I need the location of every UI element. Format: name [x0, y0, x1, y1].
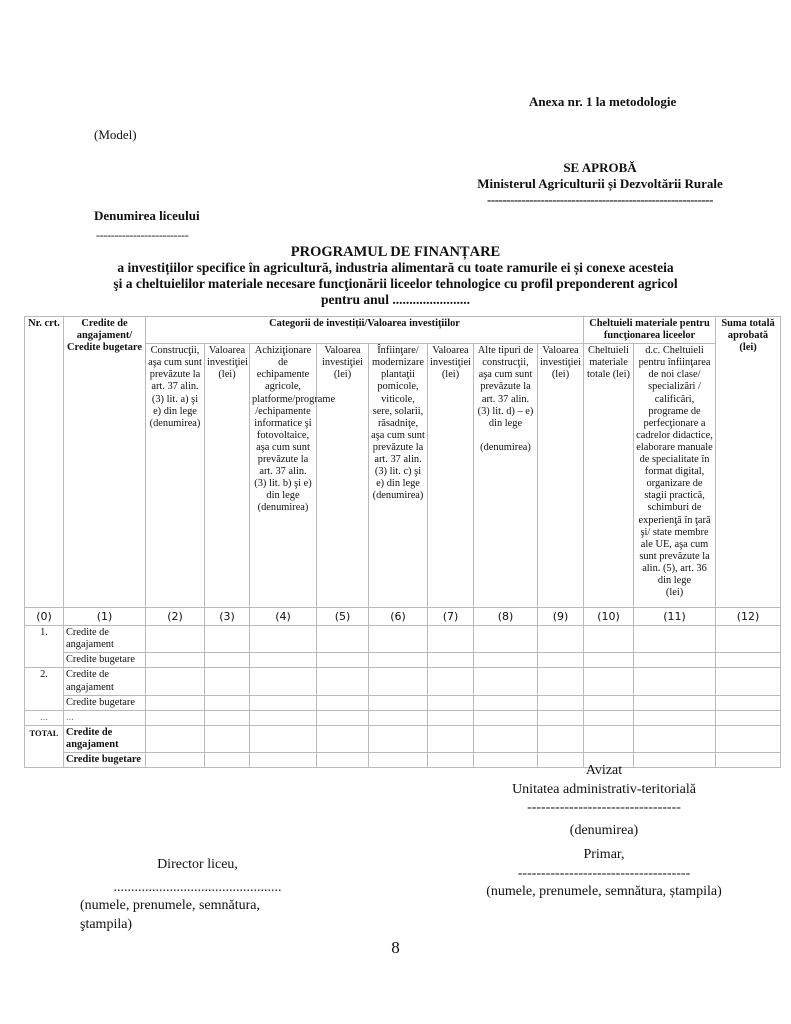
- title-line-3: şi a cheltuielilor materiale necesare fu…: [0, 276, 791, 292]
- row-number: 2.: [25, 668, 64, 710]
- header-cheltuieli-totale: Cheltuieli materiale totale (lei): [584, 344, 634, 608]
- value-cell[interactable]: [474, 725, 538, 752]
- value-cell[interactable]: [634, 653, 716, 668]
- value-cell[interactable]: [369, 695, 428, 710]
- column-number: (9): [538, 608, 584, 626]
- lyceum-name-line: -------------------------: [96, 228, 188, 243]
- value-cell[interactable]: [474, 653, 538, 668]
- value-cell[interactable]: [428, 668, 474, 695]
- column-number: (5): [317, 608, 369, 626]
- value-cell[interactable]: [205, 710, 250, 725]
- header-row-1: Nr. crt. Credite de angajament/ Credite …: [25, 317, 781, 344]
- header-alte-constructii: Alte tipuri de construcţii, aşa cum sunt…: [474, 344, 538, 608]
- director-signature-caption: (numele, prenumele, semnătura, ştampila): [80, 897, 310, 934]
- ellipsis-cell: ...: [64, 710, 146, 725]
- header-achizitionare: Achiziţionare de echipamente agricole, p…: [250, 344, 317, 608]
- uat-label: Unitatea administrativ-teritorială: [458, 781, 750, 800]
- approval-uat-block: Avizat Unitatea administrativ-teritorial…: [458, 762, 750, 902]
- table-row: 1.Credite de angajament: [25, 626, 781, 653]
- value-cell[interactable]: [428, 653, 474, 668]
- director-signature-line: ........................................…: [80, 879, 315, 898]
- value-cell[interactable]: [250, 753, 317, 768]
- column-number: (1): [64, 608, 146, 626]
- header-valoare-2: Valoarea investiţiei (lei): [317, 344, 369, 608]
- column-number: (3): [205, 608, 250, 626]
- value-cell[interactable]: [584, 710, 634, 725]
- column-number: (10): [584, 608, 634, 626]
- value-cell[interactable]: [584, 725, 634, 752]
- header-credite: Credite de angajament/ Credite bugetare: [64, 317, 146, 608]
- value-cell[interactable]: [428, 725, 474, 752]
- value-cell[interactable]: [369, 725, 428, 752]
- credite-angajament-label: Credite de angajament: [64, 725, 146, 752]
- column-number: (2): [146, 608, 205, 626]
- value-cell[interactable]: [205, 753, 250, 768]
- value-cell[interactable]: [634, 710, 716, 725]
- column-number: (7): [428, 608, 474, 626]
- value-cell[interactable]: [250, 626, 317, 653]
- page-number: 8: [0, 938, 791, 958]
- financing-table: Nr. crt. Credite de angajament/ Credite …: [24, 316, 781, 768]
- table-row: Credite bugetare: [25, 695, 781, 710]
- value-cell[interactable]: [317, 626, 369, 653]
- value-cell[interactable]: [250, 653, 317, 668]
- value-cell[interactable]: [634, 668, 716, 695]
- header-categorii: Categorii de investiții/Valoarea investi…: [146, 317, 584, 344]
- value-cell[interactable]: [716, 653, 781, 668]
- lyceum-name-label: Denumirea liceului: [94, 208, 200, 224]
- column-number: (4): [250, 608, 317, 626]
- header-nr: Nr. crt.: [25, 317, 64, 608]
- column-number: (11): [634, 608, 716, 626]
- column-number-row: (0)(1)(2)(3)(4)(5)(6)(7)(8)(9)(10)(11)(1…: [25, 608, 781, 626]
- value-cell[interactable]: [146, 710, 205, 725]
- approval-signature-line: ----------------------------------------…: [440, 192, 760, 208]
- header-constructii: Construcţii, aşa cum sunt prevăzute la a…: [146, 344, 205, 608]
- value-cell[interactable]: [317, 653, 369, 668]
- value-cell[interactable]: [584, 653, 634, 668]
- value-cell[interactable]: [317, 753, 369, 768]
- approval-title: SE APROBĂ: [440, 160, 760, 176]
- value-cell[interactable]: [146, 653, 205, 668]
- value-cell[interactable]: [369, 626, 428, 653]
- annex-label: Anexa nr. 1 la metodologie: [529, 94, 676, 110]
- value-cell[interactable]: [538, 668, 584, 695]
- credite-angajament-label: Credite de angajament: [64, 668, 146, 695]
- row-number: 1.: [25, 626, 64, 668]
- value-cell[interactable]: [250, 710, 317, 725]
- value-cell[interactable]: [317, 710, 369, 725]
- model-label: (Model): [94, 127, 137, 143]
- title-line-1: PROGRAMUL DE FINANȚARE: [0, 244, 791, 260]
- director-block: Director liceu, ........................…: [80, 856, 315, 934]
- value-cell[interactable]: [538, 695, 584, 710]
- credite-bugetare-label: Credite bugetare: [64, 753, 146, 768]
- value-cell[interactable]: [538, 653, 584, 668]
- value-cell[interactable]: [205, 668, 250, 695]
- header-valoare-1: Valoarea investiţiei (lei): [205, 344, 250, 608]
- header-infiintare: Înfiinţare/ modernizare plantaţii pomico…: [369, 344, 428, 608]
- primar-label: Primar,: [458, 846, 750, 865]
- value-cell[interactable]: [146, 695, 205, 710]
- header-cheltuieli: Cheltuieli materiale pentru funcţionarea…: [584, 317, 716, 344]
- value-cell[interactable]: [716, 695, 781, 710]
- value-cell[interactable]: [369, 753, 428, 768]
- value-cell[interactable]: [716, 725, 781, 752]
- table-row-ellipsis: ......: [25, 710, 781, 725]
- value-cell[interactable]: [474, 695, 538, 710]
- value-cell[interactable]: [369, 653, 428, 668]
- director-label: Director liceu,: [80, 856, 315, 875]
- approval-ministry: Ministerul Agriculturii și Dezvoltării R…: [440, 176, 760, 192]
- value-cell[interactable]: [205, 695, 250, 710]
- header-valoare-4: Valoarea investiţiei (lei): [538, 344, 584, 608]
- header-cheltuieli-dc: d.c. Cheltuieli pentru înfiinţarea de no…: [634, 344, 716, 608]
- value-cell[interactable]: [205, 653, 250, 668]
- value-cell[interactable]: [716, 710, 781, 725]
- value-cell[interactable]: [250, 725, 317, 752]
- ellipsis-cell: ...: [25, 710, 64, 725]
- value-cell[interactable]: [716, 668, 781, 695]
- value-cell[interactable]: [317, 668, 369, 695]
- value-cell[interactable]: [634, 695, 716, 710]
- table-row: 2.Credite de angajament: [25, 668, 781, 695]
- value-cell[interactable]: [634, 725, 716, 752]
- header-suma: Suma totală aprobată (lei): [716, 317, 781, 608]
- value-cell[interactable]: [584, 695, 634, 710]
- value-cell[interactable]: [146, 668, 205, 695]
- value-cell[interactable]: [538, 725, 584, 752]
- uat-denumirea: (denumirea): [458, 822, 750, 841]
- document-title: PROGRAMUL DE FINANȚARE a investițiilor s…: [0, 244, 791, 308]
- value-cell[interactable]: [205, 626, 250, 653]
- title-line-2: a investițiilor specifice în agricultură…: [0, 260, 791, 276]
- value-cell[interactable]: [538, 710, 584, 725]
- column-number: (0): [25, 608, 64, 626]
- value-cell[interactable]: [250, 668, 317, 695]
- value-cell[interactable]: [428, 695, 474, 710]
- primar-signature-line: -------------------------------------: [458, 865, 750, 884]
- primar-signature-caption: (numele, prenumele, semnătura, ștampila): [458, 883, 750, 902]
- value-cell[interactable]: [317, 725, 369, 752]
- value-cell[interactable]: [146, 725, 205, 752]
- value-cell[interactable]: [584, 626, 634, 653]
- value-cell[interactable]: [250, 695, 317, 710]
- credite-bugetare-label: Credite bugetare: [64, 695, 146, 710]
- column-number: (6): [369, 608, 428, 626]
- value-cell[interactable]: [474, 626, 538, 653]
- value-cell[interactable]: [634, 626, 716, 653]
- value-cell[interactable]: [474, 668, 538, 695]
- credite-angajament-label: Credite de angajament: [64, 626, 146, 653]
- value-cell[interactable]: [146, 753, 205, 768]
- value-cell[interactable]: [538, 626, 584, 653]
- table-row: Credite bugetare: [25, 653, 781, 668]
- value-cell[interactable]: [369, 710, 428, 725]
- value-cell[interactable]: [584, 668, 634, 695]
- value-cell[interactable]: [369, 668, 428, 695]
- value-cell[interactable]: [146, 626, 205, 653]
- table-row: TOTALCredite de angajament: [25, 725, 781, 752]
- header-valoare-3: Valoarea investiţiei (lei): [428, 344, 474, 608]
- title-line-4: pentru anul .......................: [0, 292, 791, 308]
- value-cell[interactable]: [428, 710, 474, 725]
- avizat-label: Avizat: [458, 762, 750, 781]
- value-cell[interactable]: [317, 695, 369, 710]
- row-number: TOTAL: [25, 725, 64, 767]
- approval-block: SE APROBĂ Ministerul Agriculturii și Dez…: [440, 160, 760, 208]
- value-cell[interactable]: [716, 626, 781, 653]
- value-cell[interactable]: [474, 710, 538, 725]
- column-number: (8): [474, 608, 538, 626]
- value-cell[interactable]: [205, 725, 250, 752]
- column-number: (12): [716, 608, 781, 626]
- credite-bugetare-label: Credite bugetare: [64, 653, 146, 668]
- value-cell[interactable]: [428, 626, 474, 653]
- uat-name-line: ---------------------------------: [458, 799, 750, 818]
